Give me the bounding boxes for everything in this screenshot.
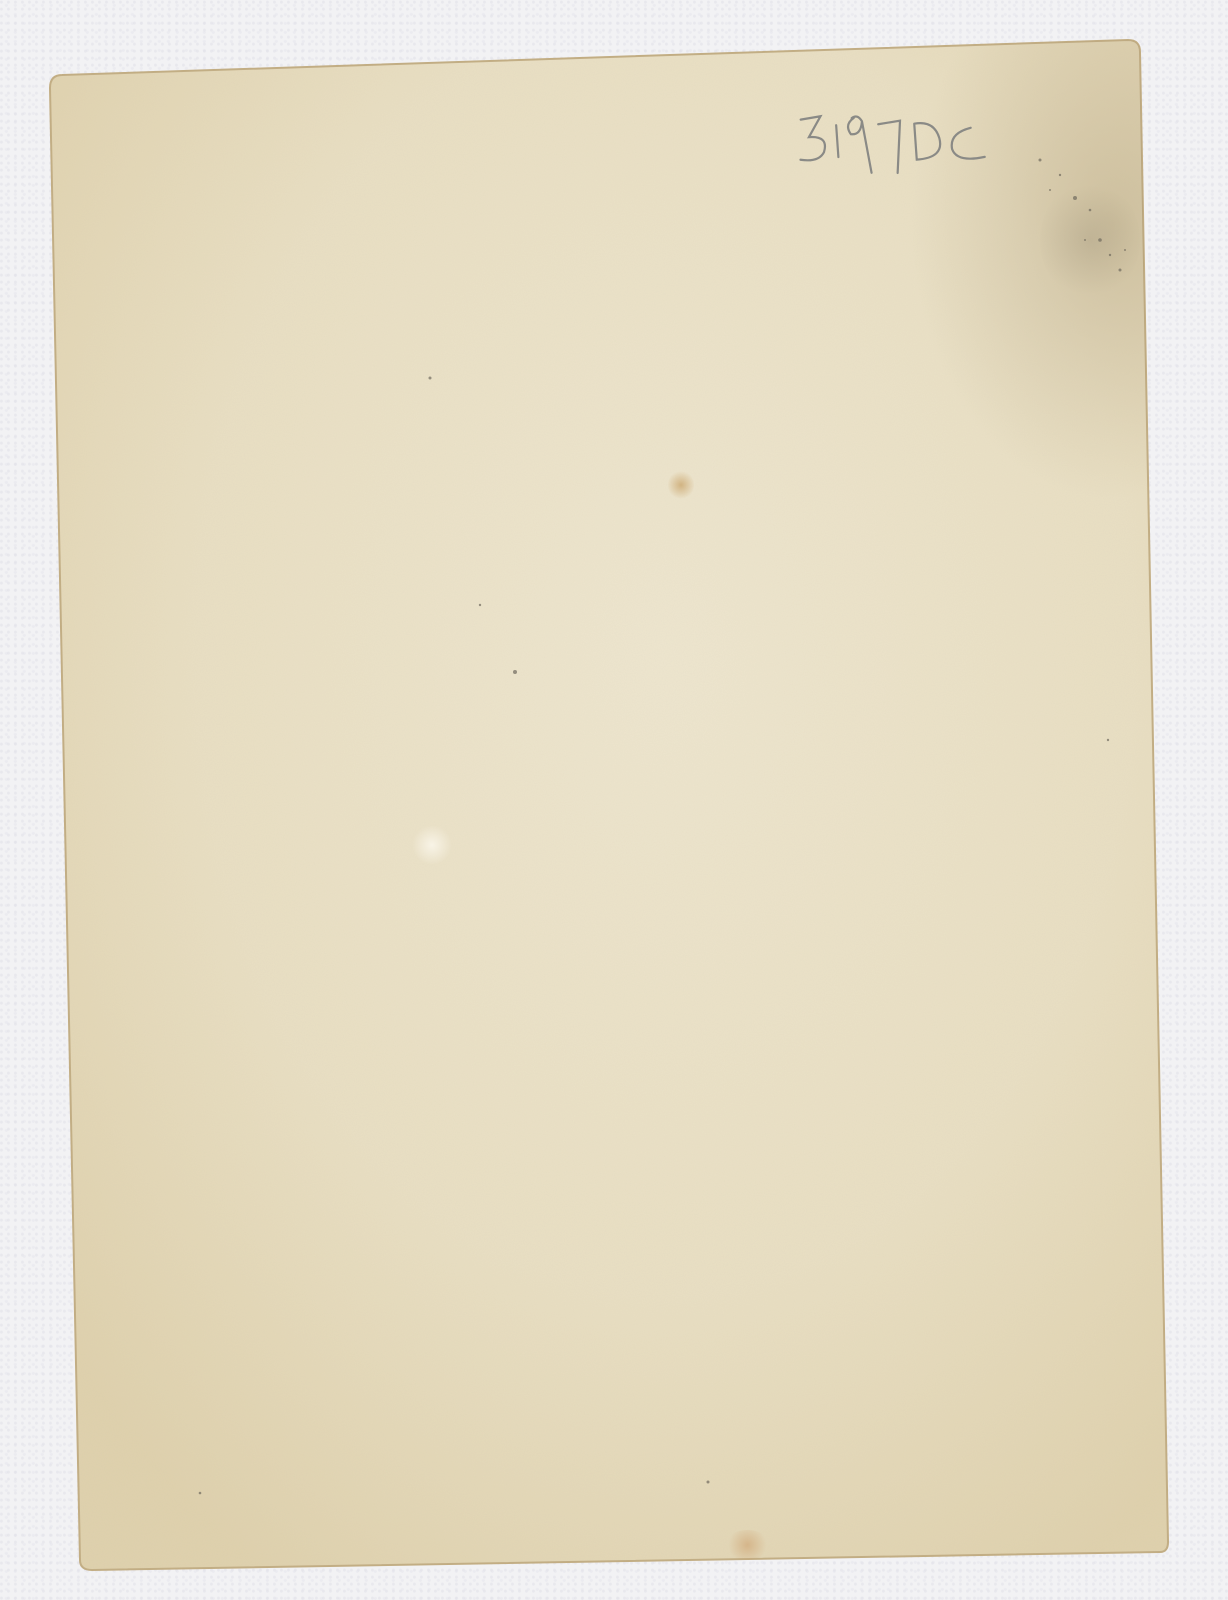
- photo-card-back: 3197DC: [0, 0, 1228, 1600]
- edge-stain: [725, 1530, 770, 1560]
- inscription-text: 3197DC: [778, 95, 1002, 166]
- corner-grime: [1040, 180, 1140, 300]
- pencil-inscription: 3197DC: [778, 94, 1022, 196]
- light-spot: [412, 825, 452, 865]
- foxing-stain: [668, 470, 694, 500]
